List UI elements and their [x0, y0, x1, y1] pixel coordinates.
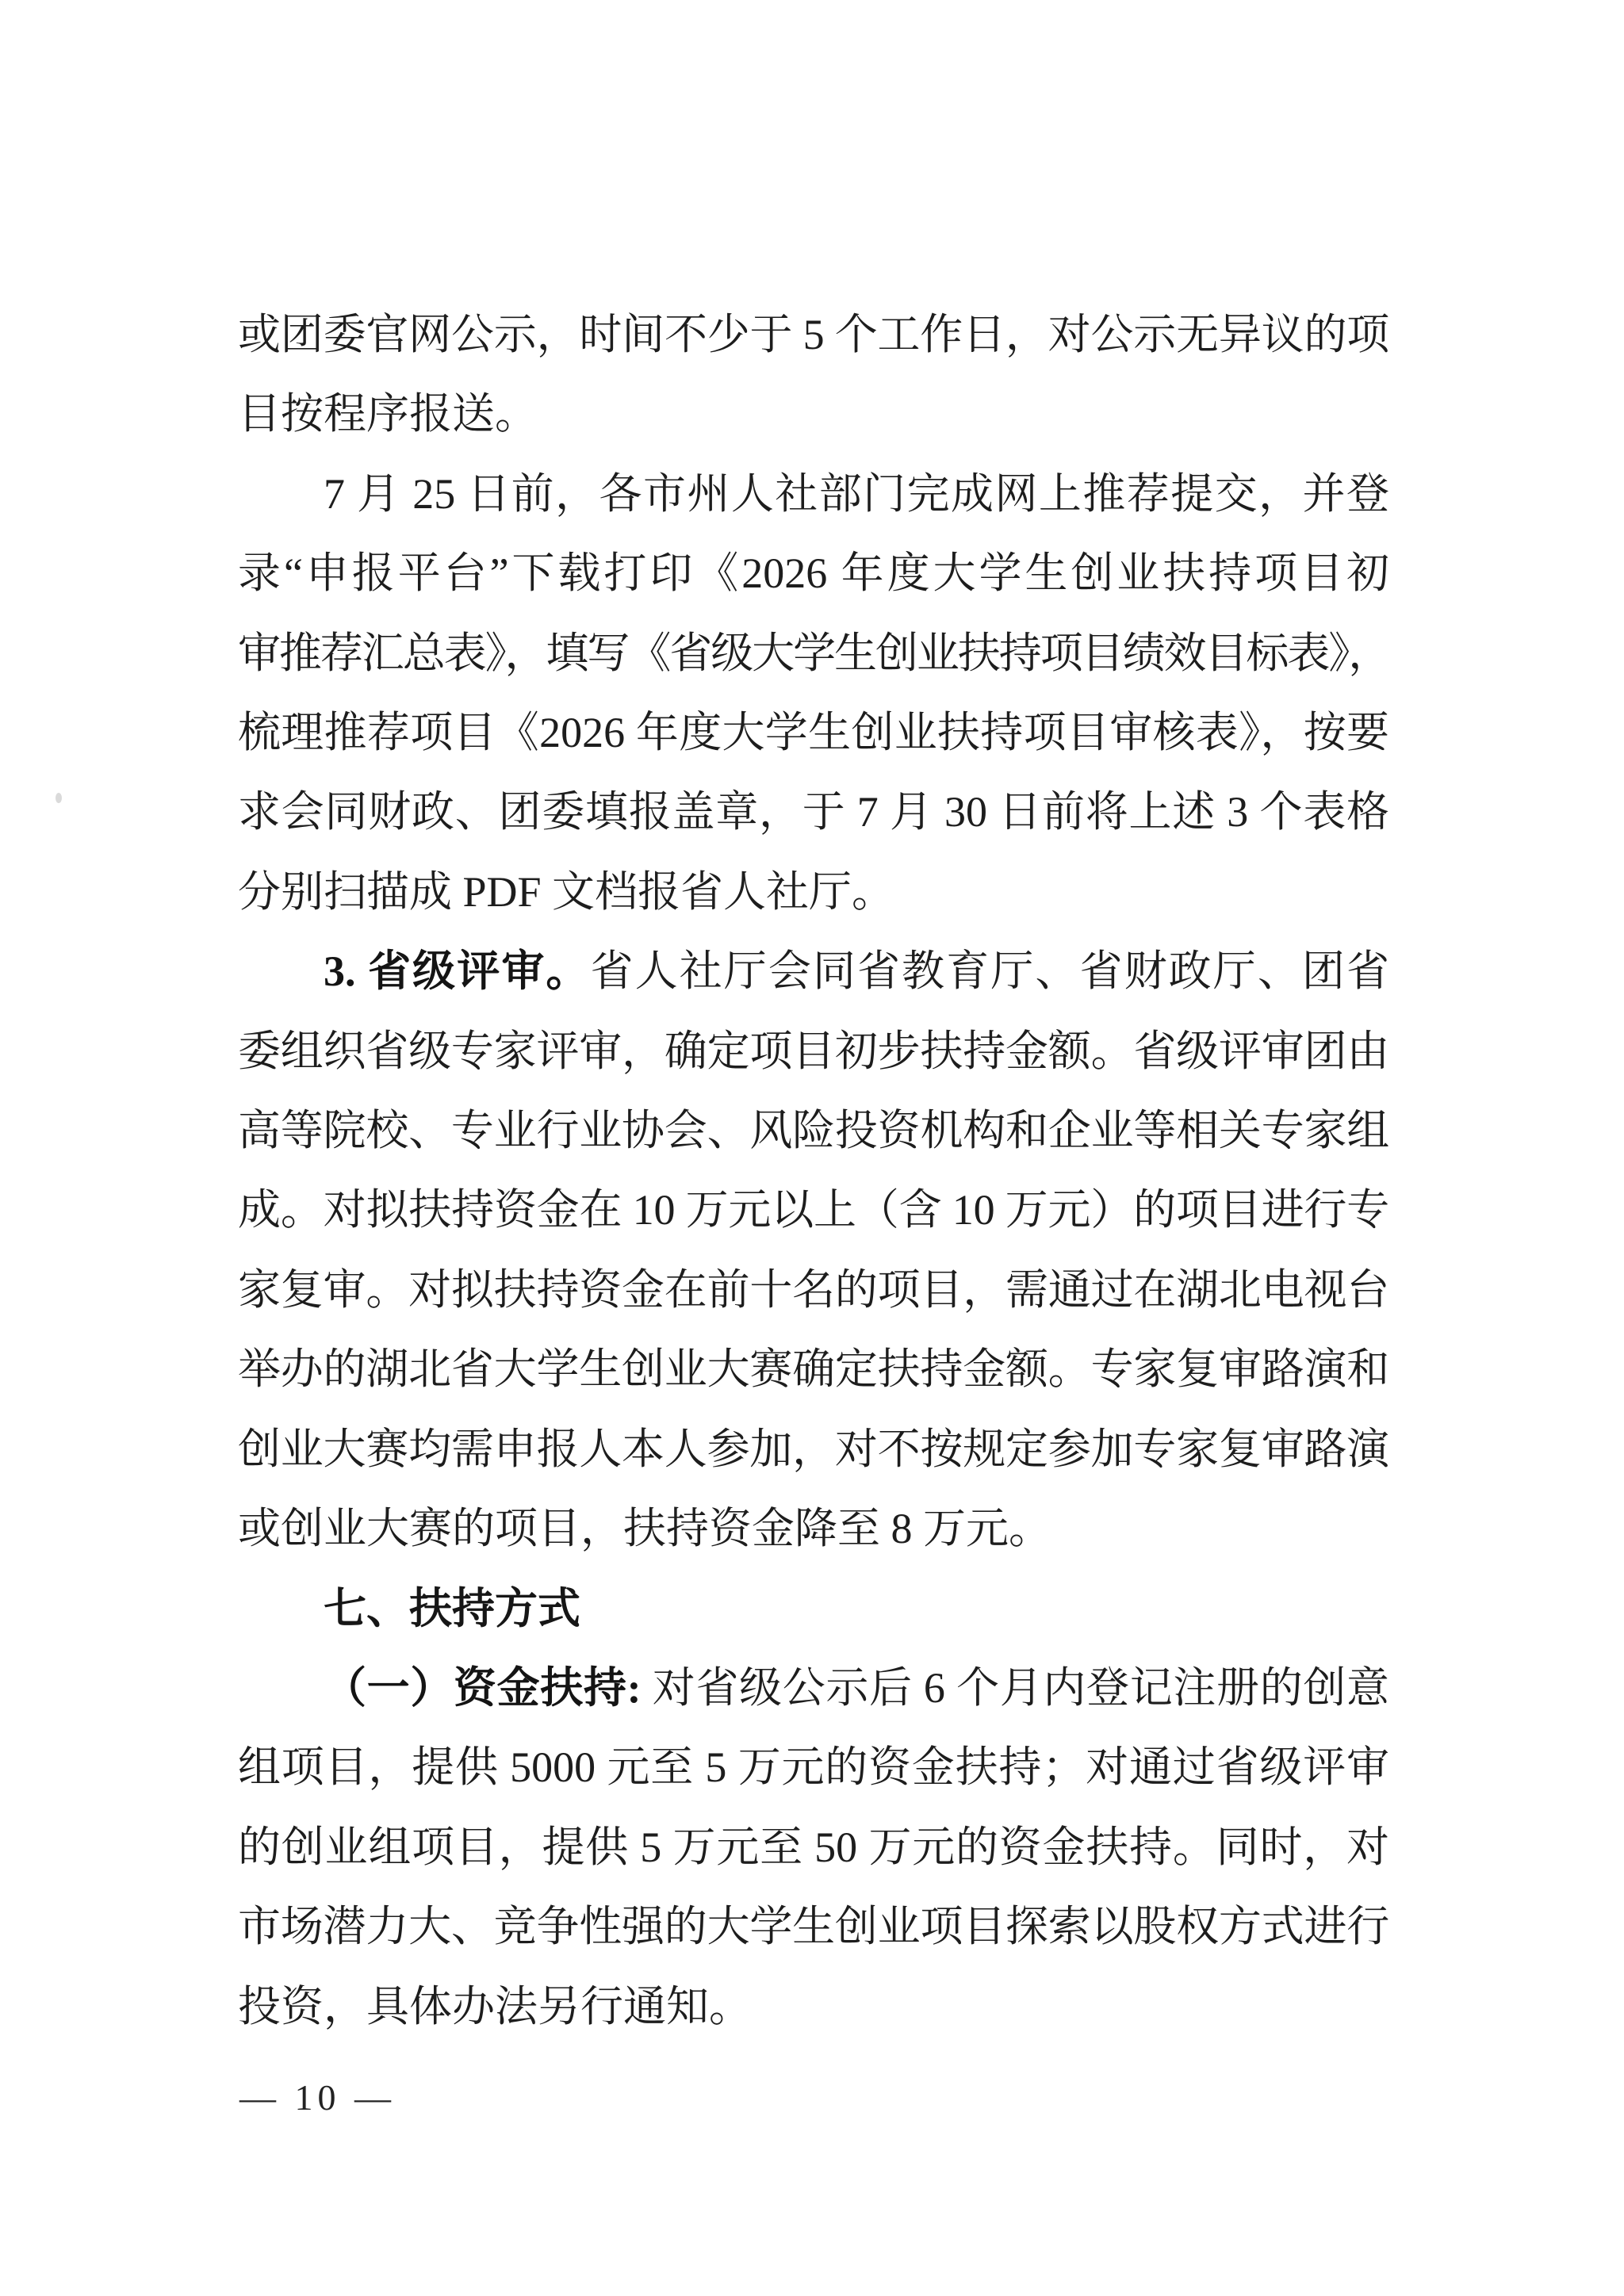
bold-text-run: （一）资金扶持:	[324, 1664, 653, 1712]
text-run: 审推荐汇总表》，填写《省级大学生创业扶持项目绩效目标表》，	[238, 629, 1389, 677]
document-page: 或团委官网公示，时间不少于 5 个工作日，对公示无异议的项目按程序报送。7 月 …	[0, 0, 1624, 2296]
text-run: 创业大赛均需申报人本人参加，对不按规定参加专家复审路演	[238, 1425, 1389, 1473]
text-run: 或创业大赛的项目，扶持资金降至 8 万元。	[238, 1505, 1051, 1552]
text-line: （一）资金扶持: 对省级公示后 6 个月内登记注册的创意	[238, 1648, 1389, 1728]
text-run: 七、扶持方式	[324, 1585, 580, 1632]
text-run: 对省级公示后 6 个月内登记注册的创意	[653, 1664, 1389, 1712]
text-line: 求会同财政、团委填报盖章，于 7 月 30 日前将上述 3 个表格	[238, 772, 1389, 851]
text-line: 市场潜力大、竞争性强的大学生创业项目探索以股权方式进行	[238, 1887, 1389, 1966]
bold-text-run: 3. 省级评审。	[324, 947, 591, 995]
text-line: 或创业大赛的项目，扶持资金降至 8 万元。	[238, 1489, 1389, 1568]
text-line: 录“申报平台”下载打印《2026 年度大学生创业扶持项目初	[238, 534, 1389, 613]
text-line: 审推荐汇总表》，填写《省级大学生创业扶持项目绩效目标表》，	[238, 614, 1389, 693]
text-run: 求会同财政、团委填报盖章，于 7 月 30 日前将上述 3 个表格	[238, 788, 1389, 836]
text-run: 省人社厅会同省教育厅、省财政厅、团省	[591, 947, 1389, 995]
text-line: 目按程序报送。	[238, 374, 1389, 453]
text-run: 梳理推荐项目《2026 年度大学生创业扶持项目审核表》，按要	[238, 709, 1389, 756]
text-run: 组项目，提供 5000 元至 5 万元的资金扶持；对通过省级评审	[238, 1743, 1389, 1791]
text-run: 分别扫描成 PDF 文档报省人社厅。	[238, 868, 894, 916]
text-line: 或团委官网公示，时间不少于 5 个工作日，对公示无异议的项	[238, 295, 1389, 374]
text-run: 7 月 25 日前，各市州人社部门完成网上推荐提交，并登	[324, 470, 1389, 518]
scan-artifact-speck	[56, 793, 62, 803]
text-run: 目按程序报送。	[238, 390, 538, 438]
text-line: 7 月 25 日前，各市州人社部门完成网上推荐提交，并登	[238, 454, 1389, 534]
text-line: 成。对拟扶持资金在 10 万元以上（含 10 万元）的项目进行专	[238, 1170, 1389, 1249]
text-line: 委组织省级专家评审，确定项目初步扶持金额。省级评审团由	[238, 1012, 1389, 1091]
text-line: 的创业组项目，提供 5 万元至 50 万元的资金扶持。同时，对	[238, 1808, 1389, 1887]
text-line: 创业大赛均需申报人本人参加，对不按规定参加专家复审路演	[238, 1410, 1389, 1489]
document-body-text: 或团委官网公示，时间不少于 5 个工作日，对公示无异议的项目按程序报送。7 月 …	[238, 295, 1389, 2046]
text-run: 家复审。对拟扶持资金在前十名的项目，需通过在湖北电视台	[238, 1266, 1389, 1314]
text-run: 或团委官网公示，时间不少于 5 个工作日，对公示无异议的项	[238, 311, 1389, 358]
text-run: 投资，具体办法另行通知。	[238, 1983, 752, 2030]
text-run: 录“申报平台”下载打印《2026 年度大学生创业扶持项目初	[238, 549, 1389, 597]
text-run: 的创业组项目，提供 5 万元至 50 万元的资金扶持。同时，对	[238, 1823, 1389, 1871]
text-line: 组项目，提供 5000 元至 5 万元的资金扶持；对通过省级评审	[238, 1728, 1389, 1807]
text-run: 市场潜力大、竞争性强的大学生创业项目探索以股权方式进行	[238, 1903, 1389, 1950]
text-line: 家复审。对拟扶持资金在前十名的项目，需通过在湖北电视台	[238, 1250, 1389, 1330]
text-line: 举办的湖北省大学生创业大赛确定扶持金额。专家复审路演和	[238, 1330, 1389, 1409]
text-line: 高等院校、专业行业协会、风险投资机构和企业等相关专家组	[238, 1091, 1389, 1170]
text-run: 举办的湖北省大学生创业大赛确定扶持金额。专家复审路演和	[238, 1345, 1389, 1393]
section-heading: 七、扶持方式	[238, 1569, 1389, 1648]
text-line: 梳理推荐项目《2026 年度大学生创业扶持项目审核表》，按要	[238, 693, 1389, 772]
text-line: 分别扫描成 PDF 文档报省人社厅。	[238, 852, 1389, 932]
text-run: 成。对拟扶持资金在 10 万元以上（含 10 万元）的项目进行专	[238, 1186, 1389, 1234]
text-line: 投资，具体办法另行通知。	[238, 1967, 1389, 2046]
text-line: 3. 省级评审。省人社厅会同省教育厅、省财政厅、团省	[238, 932, 1389, 1011]
text-run: 高等院校、专业行业协会、风险投资机构和企业等相关专家组	[238, 1107, 1389, 1154]
page-number: — 10 —	[239, 2074, 396, 2122]
text-run: 委组织省级专家评审，确定项目初步扶持金额。省级评审团由	[238, 1027, 1389, 1075]
